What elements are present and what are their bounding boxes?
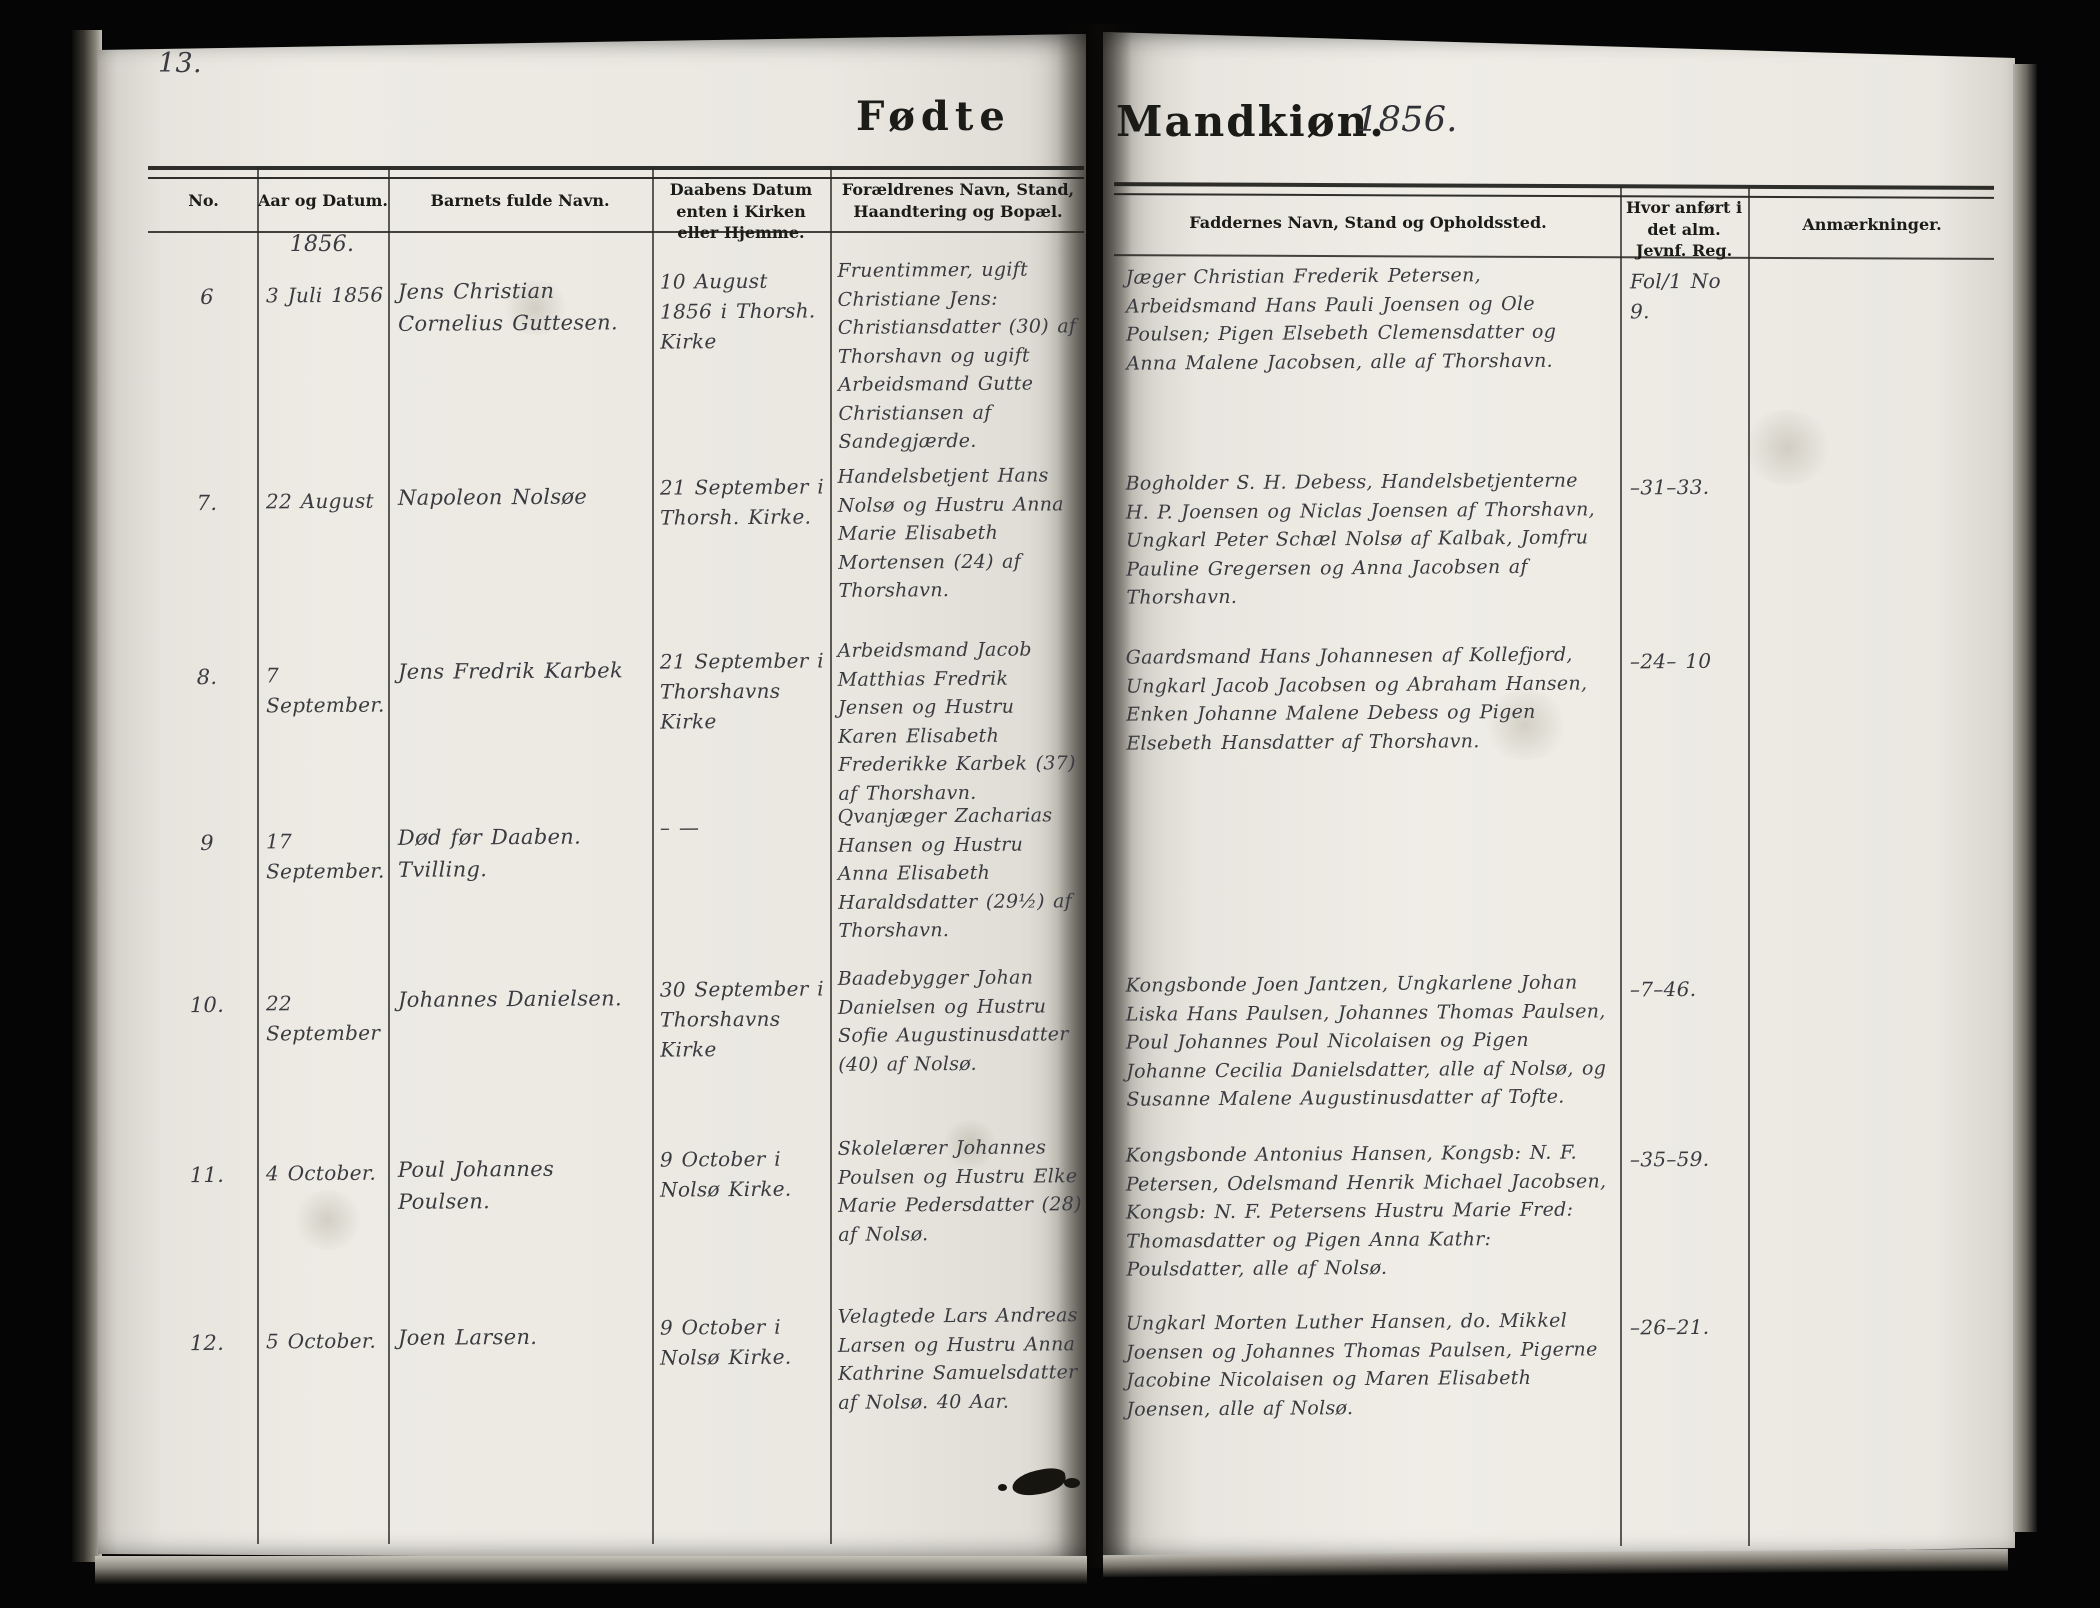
record-reference: –31–33. bbox=[1630, 472, 1744, 503]
record-reference: –26–21. bbox=[1630, 1312, 1744, 1343]
record-name: Johannes Danielsen. bbox=[398, 983, 648, 1016]
record-sponsors: Jæger Christian Frederik Petersen, Arbei… bbox=[1126, 260, 1609, 377]
column-divider bbox=[1620, 186, 1622, 1546]
record-no: 8. bbox=[163, 662, 251, 694]
ink-blot bbox=[1064, 1478, 1080, 1488]
column-header-name: Barnets fulde Navn. bbox=[388, 190, 652, 212]
record-no: 6 bbox=[163, 282, 251, 314]
record-name: Jens Fredrik Karbek bbox=[398, 655, 648, 688]
record-baptism: 9 October i Nolsø Kirke. bbox=[660, 1311, 826, 1372]
right-page-stack-edge bbox=[2013, 64, 2037, 1532]
record-baptism: – — bbox=[660, 811, 826, 842]
record-no: 9 bbox=[163, 828, 251, 860]
column-header-reference: Hvor anført i det alm. Jevnf. Reg. bbox=[1622, 197, 1746, 262]
record-name: Napoleon Nolsøe bbox=[398, 481, 648, 514]
record-reference: Fol/1 No 9. bbox=[1630, 266, 1744, 327]
record-date: 4 October. bbox=[266, 1158, 384, 1189]
record-baptism: 30 September i Thorshavns Kirke bbox=[660, 973, 827, 1064]
record-no: 7. bbox=[163, 488, 251, 520]
record-date: 3 Juli 1856 bbox=[266, 280, 384, 311]
record-name: Jens Christian Cornelius Guttesen. bbox=[398, 275, 648, 340]
column-divider bbox=[652, 167, 654, 1544]
record-no: 12. bbox=[163, 1328, 251, 1360]
right-page-title: Mandkiøn. bbox=[1116, 94, 1386, 151]
column-header-no: No. bbox=[150, 190, 257, 212]
record-name: Joen Larsen. bbox=[398, 1321, 648, 1354]
column-divider bbox=[830, 167, 832, 1544]
record-date: 5 October. bbox=[266, 1326, 384, 1357]
column-header-sponsors: Faddernes Navn, Stand og Opholdssted. bbox=[1116, 212, 1620, 234]
record-date: 17 September. bbox=[266, 826, 384, 887]
record-parents: Handelsbetjent Hans Nolsø og Hustru Anna… bbox=[838, 461, 1083, 605]
year-heading: 1856. bbox=[262, 232, 382, 257]
record-no: 10. bbox=[163, 990, 251, 1022]
column-header-parents: Forældrenes Navn, Stand, Haandtering og … bbox=[832, 179, 1084, 222]
record-reference: –7–46. bbox=[1630, 974, 1744, 1005]
record-date: 7 September. bbox=[266, 660, 384, 721]
record-parents: Arbeidsmand Jacob Matthias Fredrik Jense… bbox=[837, 635, 1082, 808]
record-sponsors: Kongsbonde Antonius Hansen, Kongsb: N. F… bbox=[1126, 1138, 1609, 1284]
right-page-year: 1856. bbox=[1356, 100, 1458, 140]
record-sponsors: Gaardsmand Hans Johannesen af Kollefjord… bbox=[1126, 640, 1609, 757]
record-date: 22 September bbox=[266, 988, 384, 1049]
record-parents: Velagtede Lars Andreas Larsen og Hustru … bbox=[838, 1301, 1083, 1417]
record-baptism: 21 September i Thorshavns Kirke bbox=[660, 645, 827, 736]
ink-blot bbox=[998, 1484, 1007, 1491]
column-header-baptism: Daabens Datum enten i Kirken eller Hjemm… bbox=[654, 179, 828, 244]
record-parents: Baadebygger Johan Danielsen og Hustru So… bbox=[838, 963, 1083, 1079]
left-page-stack-edge bbox=[72, 30, 102, 1562]
record-name: Poul Johannes Poulsen. bbox=[398, 1153, 648, 1218]
record-reference: –35–59. bbox=[1630, 1144, 1744, 1175]
column-divider bbox=[257, 167, 259, 1544]
record-no: 11. bbox=[163, 1160, 251, 1192]
record-reference: –24– 10 bbox=[1630, 646, 1744, 677]
record-sponsors: Bogholder S. H. Debess, Handelsbetjenter… bbox=[1126, 466, 1609, 612]
left-page-title: Fødte bbox=[856, 90, 1011, 144]
column-header-remarks: Anmærkninger. bbox=[1750, 214, 1994, 236]
record-baptism: 10 August 1856 i Thorsh. Kirke bbox=[660, 265, 827, 356]
record-sponsors: Kongsbonde Joen Jantzen, Ungkarlene Joha… bbox=[1126, 968, 1609, 1114]
column-divider bbox=[388, 167, 390, 1544]
record-sponsors: Ungkarl Morten Luther Hansen, do. Mikkel… bbox=[1126, 1306, 1609, 1423]
left-table-top-rule bbox=[148, 166, 1084, 179]
bottom-page-stack-left bbox=[95, 1556, 1087, 1584]
record-name: Død før Daaben. Tvilling. bbox=[398, 821, 648, 886]
book-scan: 13. Fødte Mandkiøn. 1856. No. Aar og Dat… bbox=[0, 0, 2100, 1608]
record-parents: Fruentimmer, ugift Christiane Jens: Chri… bbox=[837, 255, 1082, 456]
record-baptism: 9 October i Nolsø Kirke. bbox=[660, 1143, 826, 1204]
record-baptism: 21 September i Thorsh. Kirke. bbox=[660, 471, 826, 532]
record-parents: Skolelærer Johannes Poulsen og Hustru El… bbox=[838, 1133, 1083, 1249]
page-number: 13. bbox=[158, 48, 202, 79]
record-parents: Qvanjæger Zacharias Hansen og Hustru Ann… bbox=[838, 801, 1083, 945]
record-date: 22 August bbox=[266, 486, 384, 517]
column-divider bbox=[1748, 186, 1750, 1546]
column-header-date: Aar og Datum. bbox=[258, 190, 388, 212]
